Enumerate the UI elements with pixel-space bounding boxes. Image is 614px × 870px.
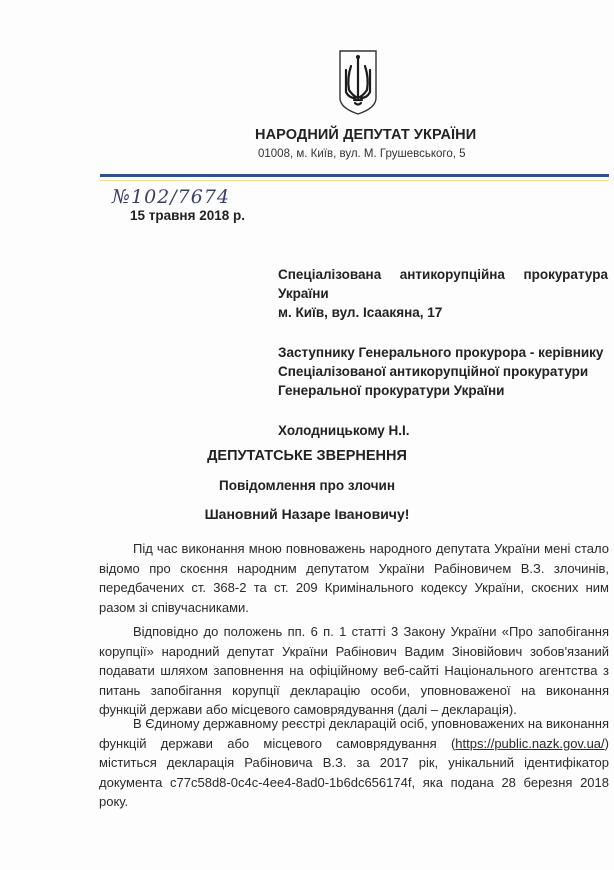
coat-of-arms-icon	[337, 48, 379, 116]
recipient-word: прокуратура	[523, 265, 608, 284]
document-title: ДЕПУТАТСЬКЕ ЗВЕРНЕННЯ	[0, 448, 614, 464]
recipient-position-line2: Спеціалізованої антикорупційної прокурат…	[278, 362, 608, 381]
recipient-address: м. Київ, вул. Ісаакяна, 17	[278, 303, 608, 322]
registration-number: №102/7674	[112, 186, 230, 208]
letterhead-divider-blue	[100, 174, 609, 177]
recipient-word: антикорупційна	[400, 265, 505, 284]
greeting: Шановний Назаре Івановичу!	[0, 506, 614, 522]
recipient-position-line1: Заступнику Генерального прокурора - кері…	[278, 343, 608, 362]
letter-date: 15 травня 2018 р.	[130, 208, 245, 223]
paragraph-text: Під час виконання мною повноважень народ…	[99, 539, 609, 617]
recipient-block: Спеціалізована антикорупційна прокуратур…	[278, 265, 608, 440]
recipient-position-line3: Генеральної прокуратури України	[278, 381, 608, 400]
recipient-org-line1: Спеціалізована антикорупційна прокуратур…	[278, 265, 608, 284]
letterhead-title: НАРОДНИЙ ДЕПУТАТ УКРАЇНИ	[255, 127, 476, 143]
nazk-registry-link[interactable]: https://public.nazk.gov.ua/	[455, 736, 604, 751]
recipient-org-line2: України	[278, 284, 608, 303]
paragraph-3: В Єдиному державному реєстрі декларацій …	[99, 714, 609, 812]
paragraph-text: Відповідно до положень пп. 6 п. 1 статті…	[99, 622, 609, 720]
recipient-word: Спеціалізована	[278, 265, 381, 284]
document-subtitle: Повідомлення про злочин	[0, 478, 614, 493]
recipient-name: Холодницькому Н.І.	[278, 421, 608, 440]
letterhead-address: 01008, м. Київ, вул. М. Грушевського, 5	[258, 148, 466, 160]
paragraph-text: В Єдиному державному реєстрі декларацій …	[99, 714, 609, 812]
paragraph-2: Відповідно до положень пп. 6 п. 1 статті…	[99, 622, 609, 720]
paragraph-1: Під час виконання мною повноважень народ…	[99, 539, 609, 617]
letterhead-divider-yellow	[100, 180, 609, 181]
